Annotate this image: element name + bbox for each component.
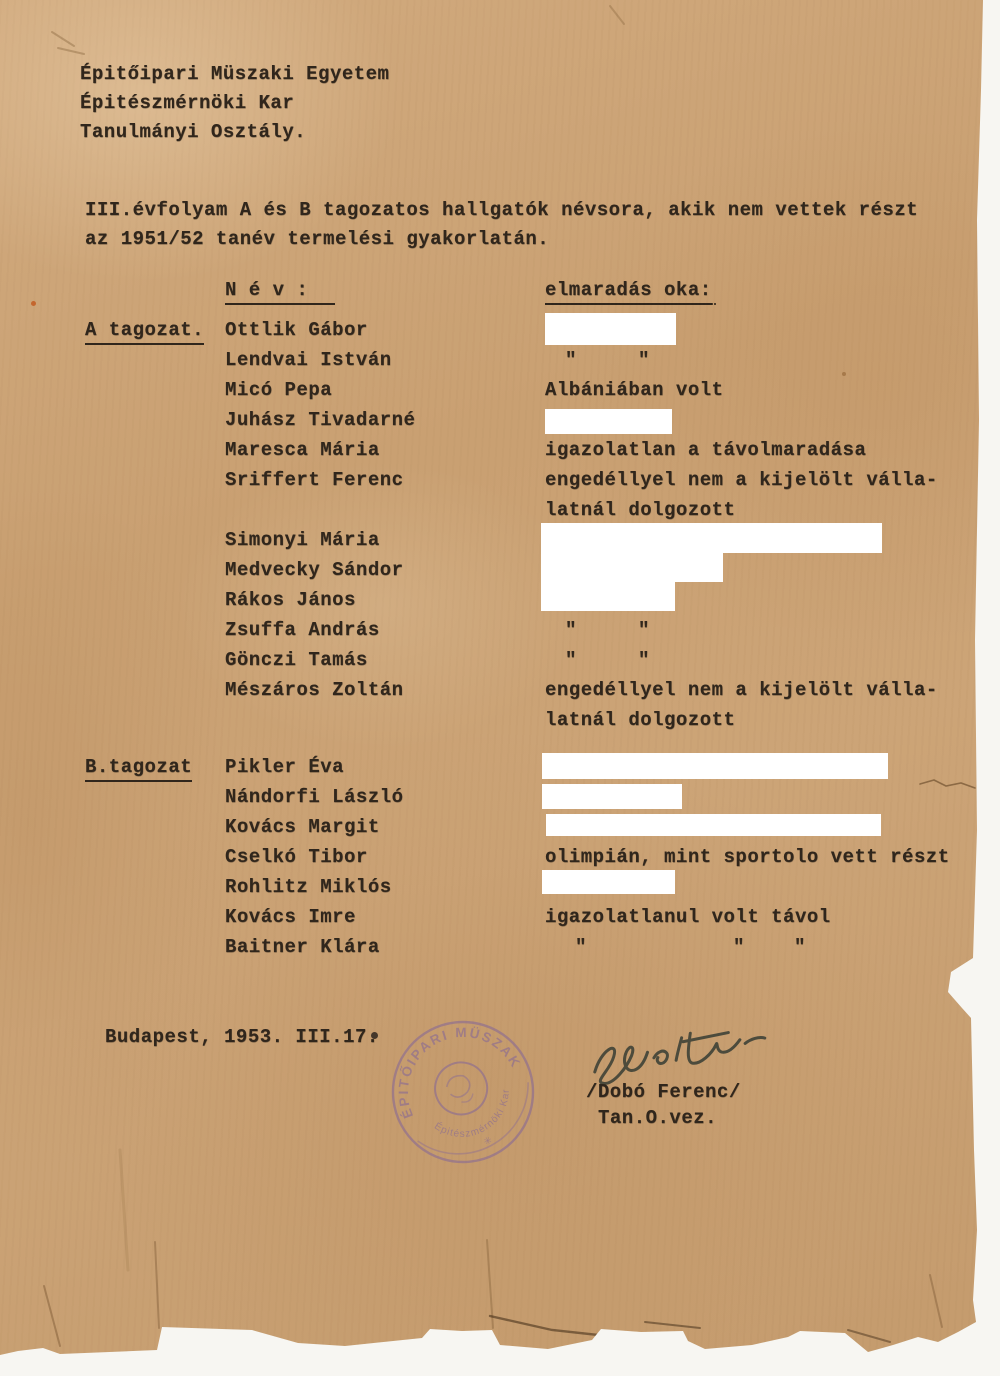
- roster-name: Simonyi Mária: [225, 528, 380, 552]
- reason-text: igazolatlanul volt távol: [545, 905, 831, 929]
- reason-text: latnál dolgozott: [545, 498, 735, 522]
- ditto-mark: ": [794, 935, 806, 959]
- roster-name: Maresca Mária: [225, 438, 380, 462]
- redaction-box: [545, 313, 676, 345]
- redaction-box: [545, 409, 672, 434]
- typed-signature-name: /Dobó Ferenc/: [586, 1080, 741, 1104]
- roster-name: Kovács Margit: [225, 815, 380, 839]
- paper-speck: [31, 301, 36, 306]
- roster-name: Juhász Tivadarné: [225, 408, 415, 432]
- reason-text: olimpián, mint sportolo vett részt: [545, 845, 950, 869]
- ditto-mark: ": [575, 935, 587, 959]
- stamp-star: ✳: [481, 1132, 495, 1149]
- document-page: Épitőipari Müszaki Egyetem Épitészmérnök…: [0, 0, 1000, 1376]
- reason-text: engedéllyel nem a kijelölt válla-: [545, 468, 938, 492]
- roster-name: Pikler Éva: [225, 755, 344, 779]
- scan-background: { "letterhead": { "lines": ["Épitőipari …: [0, 0, 1000, 1376]
- reason-text: engedéllyel nem a kijelölt válla-: [545, 678, 938, 702]
- roster-name: Micó Pepa: [225, 378, 332, 402]
- ditto-mark: ": [565, 618, 577, 642]
- reason-text: latnál dolgozott: [545, 708, 735, 732]
- section-label: B.tagozat: [85, 755, 192, 782]
- ink-dot: [371, 1032, 378, 1039]
- roster: A tagozat.Ottlik GáborLendvai István""Mi…: [0, 0, 1000, 1000]
- university-stamp: ÉPITŐIPARI MÜSZAKI EGYETEM Épitészmérnök…: [344, 973, 582, 1211]
- ditto-mark: ": [733, 935, 745, 959]
- section-label: A tagozat.: [85, 318, 204, 345]
- roster-name: Cselkó Tibor: [225, 845, 368, 869]
- redaction-box: [546, 814, 881, 836]
- roster-name: Zsuffa András: [225, 618, 380, 642]
- roster-name: Kovács Imre: [225, 905, 356, 929]
- ditto-mark: ": [638, 348, 650, 372]
- ditto-mark: ": [638, 648, 650, 672]
- redaction-box: [542, 753, 888, 779]
- redaction-box: [541, 523, 882, 553]
- roster-name: Nándorfi László: [225, 785, 404, 809]
- reason-text: igazolatlan a távolmaradása: [545, 438, 866, 462]
- ditto-mark: ": [565, 648, 577, 672]
- roster-name: Mészáros Zoltán: [225, 678, 404, 702]
- roster-name: Sriffert Ferenc: [225, 468, 404, 492]
- roster-name: Rohlitz Miklós: [225, 875, 392, 899]
- ditto-mark: ": [565, 348, 577, 372]
- roster-name: Lendvai István: [225, 348, 392, 372]
- roster-name: Medvecky Sándor: [225, 558, 404, 582]
- redaction-box: [542, 784, 682, 809]
- roster-name: Gönczi Tamás: [225, 648, 368, 672]
- roster-name: Ottlik Gábor: [225, 318, 368, 342]
- roster-name: Baitner Klára: [225, 935, 380, 959]
- redaction-box: [542, 870, 675, 894]
- roster-name: Rákos János: [225, 588, 356, 612]
- reason-text: Albániában volt: [545, 378, 724, 402]
- redaction-box: [541, 582, 675, 611]
- typed-signature-role: Tan.O.vez.: [598, 1106, 717, 1130]
- ditto-mark: ": [638, 618, 650, 642]
- paper-speck: [842, 372, 846, 376]
- date-line: Budapest, 1953. III.17.: [105, 1025, 379, 1049]
- redaction-box: [541, 553, 723, 582]
